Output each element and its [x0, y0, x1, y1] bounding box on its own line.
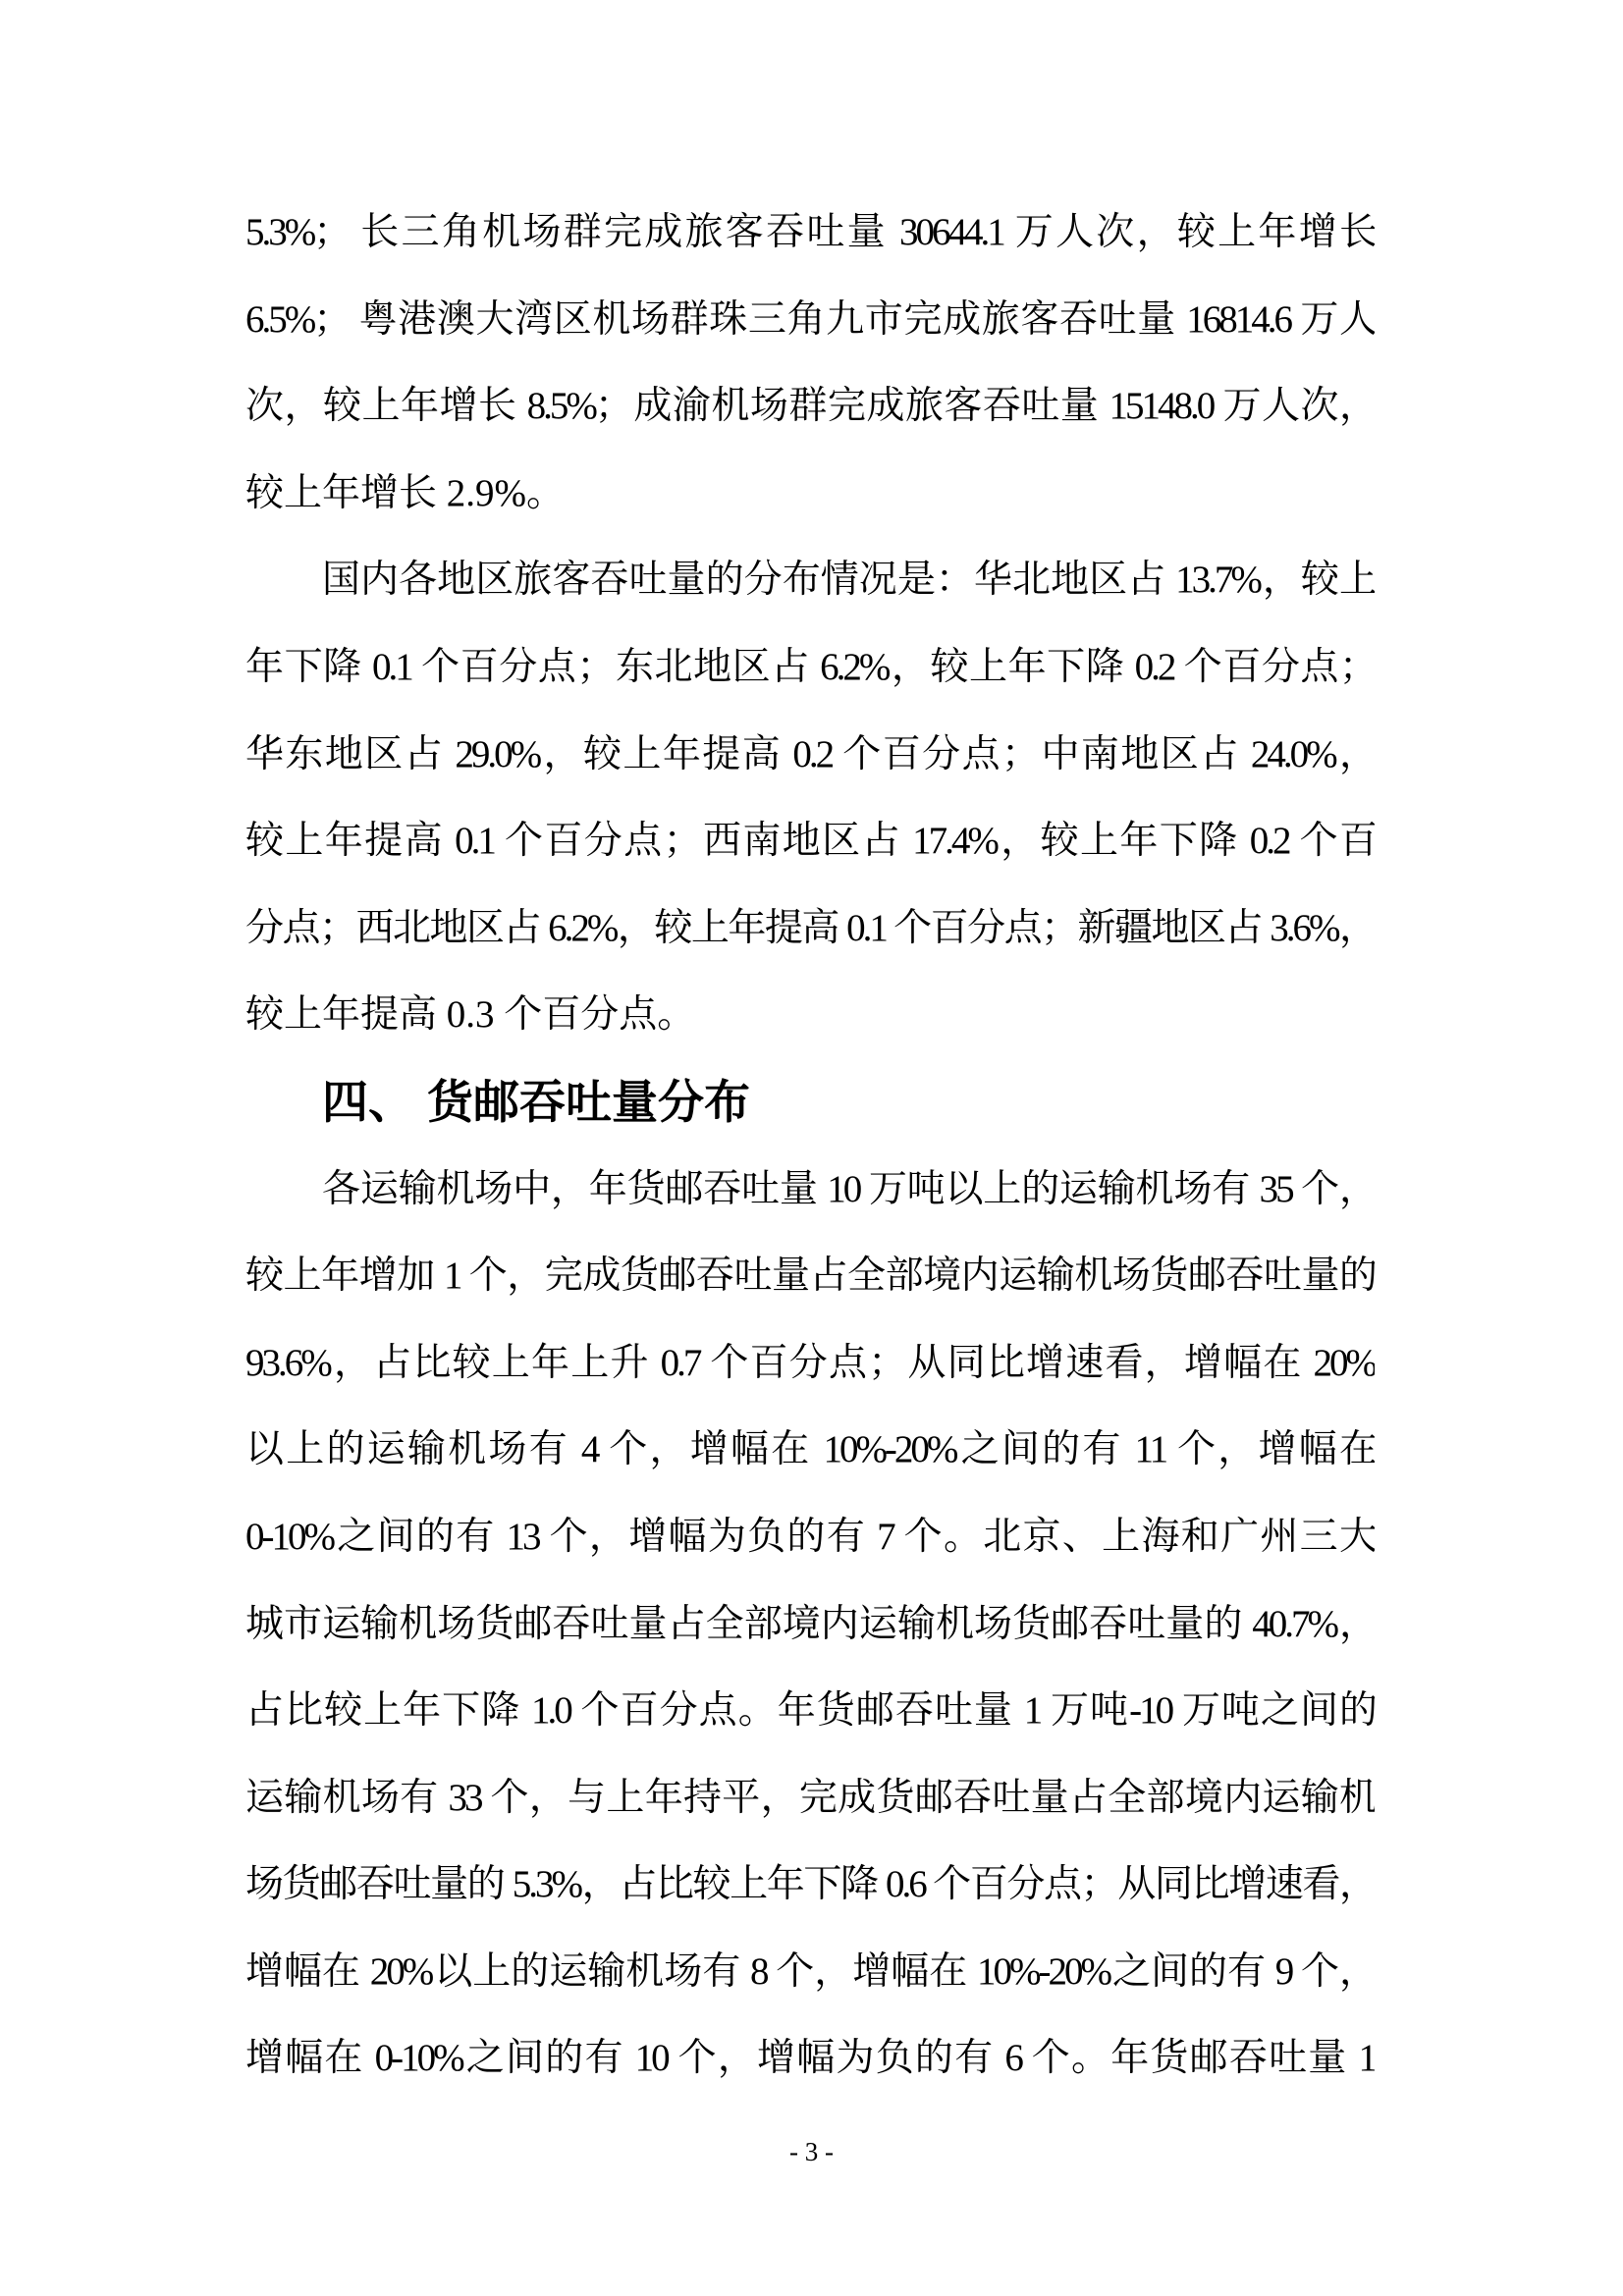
body-line: 占比较上年下降 1.0 个百分点。年货邮吞吐量 1 万吨-10 万吨之间的 — [245, 1668, 1375, 1755]
body-line: 以上的运输机场有 4 个，增幅在 10%-20%之间的有 11 个，增幅在 — [245, 1407, 1375, 1494]
body-line: 较上年增长 2.9%。 — [245, 451, 1375, 538]
body-line: 国内各地区旅客吞吐量的分布情况是：华北地区占 13.7%，较上 — [245, 537, 1375, 624]
body-line: 年下降 0.1 个百分点；东北地区占 6.2%，较上年下降 0.2 个百分点； — [245, 624, 1375, 712]
body-line: 场货邮吞吐量的 5.3%，占比较上年下降 0.6 个百分点；从同比增速看， — [245, 1842, 1375, 1929]
document-page: 5.3%； 长三角机场群完成旅客吞吐量 30644.1 万人次，较上年增长 6.… — [0, 0, 1623, 2296]
body-line: 较上年增加 1 个，完成货邮吞吐量占全部境内运输机场货邮吞吐量的 — [245, 1233, 1375, 1320]
body-line: 各运输机场中，年货邮吞吐量 10 万吨以上的运输机场有 35 个， — [245, 1147, 1375, 1234]
page-footer: - 3 - — [0, 2132, 1623, 2171]
body-line: 6.5%； 粤港澳大湾区机场群珠三角九市完成旅客吞吐量 16814.6 万人 — [245, 277, 1375, 364]
body-line: 增幅在 0-10%之间的有 10 个，增幅为负的有 6 个。年货邮吞吐量 1 — [245, 2015, 1375, 2103]
body-line: 增幅在 20%以上的运输机场有 8 个，增幅在 10%-20%之间的有 9 个， — [245, 1929, 1375, 2016]
body-line: 城市运输机场货邮吞吐量占全部境内运输机场货邮吞吐量的 40.7%， — [245, 1581, 1375, 1669]
page-number: - 3 - — [789, 2137, 834, 2166]
body-line: 运输机场有 33 个，与上年持平，完成货邮吞吐量占全部境内运输机 — [245, 1755, 1375, 1842]
section-heading: 四、 货邮吞吐量分布 — [245, 1059, 1375, 1147]
body-line: 分点；西北地区占 6.2%，较上年提高 0.1 个百分点；新疆地区占 3.6%， — [245, 885, 1375, 973]
body-line: 0-10%之间的有 13 个，增幅为负的有 7 个。北京、上海和广州三大 — [245, 1494, 1375, 1581]
body-line: 93.6%，占比较上年上升 0.7 个百分点；从同比增速看，增幅在 20% — [245, 1320, 1375, 1408]
body-line: 5.3%； 长三角机场群完成旅客吞吐量 30644.1 万人次，较上年增长 — [245, 189, 1375, 277]
body-line: 次，较上年增长 8.5%；成渝机场群完成旅客吞吐量 15148.0 万人次， — [245, 363, 1375, 451]
document-body: 5.3%； 长三角机场群完成旅客吞吐量 30644.1 万人次，较上年增长 6.… — [245, 189, 1375, 2103]
body-line: 较上年提高 0.3 个百分点。 — [245, 972, 1375, 1059]
body-line: 华东地区占 29.0%，较上年提高 0.2 个百分点；中南地区占 24.0%， — [245, 712, 1375, 799]
body-line: 较上年提高 0.1 个百分点；西南地区占 17.4%，较上年下降 0.2 个百 — [245, 798, 1375, 885]
